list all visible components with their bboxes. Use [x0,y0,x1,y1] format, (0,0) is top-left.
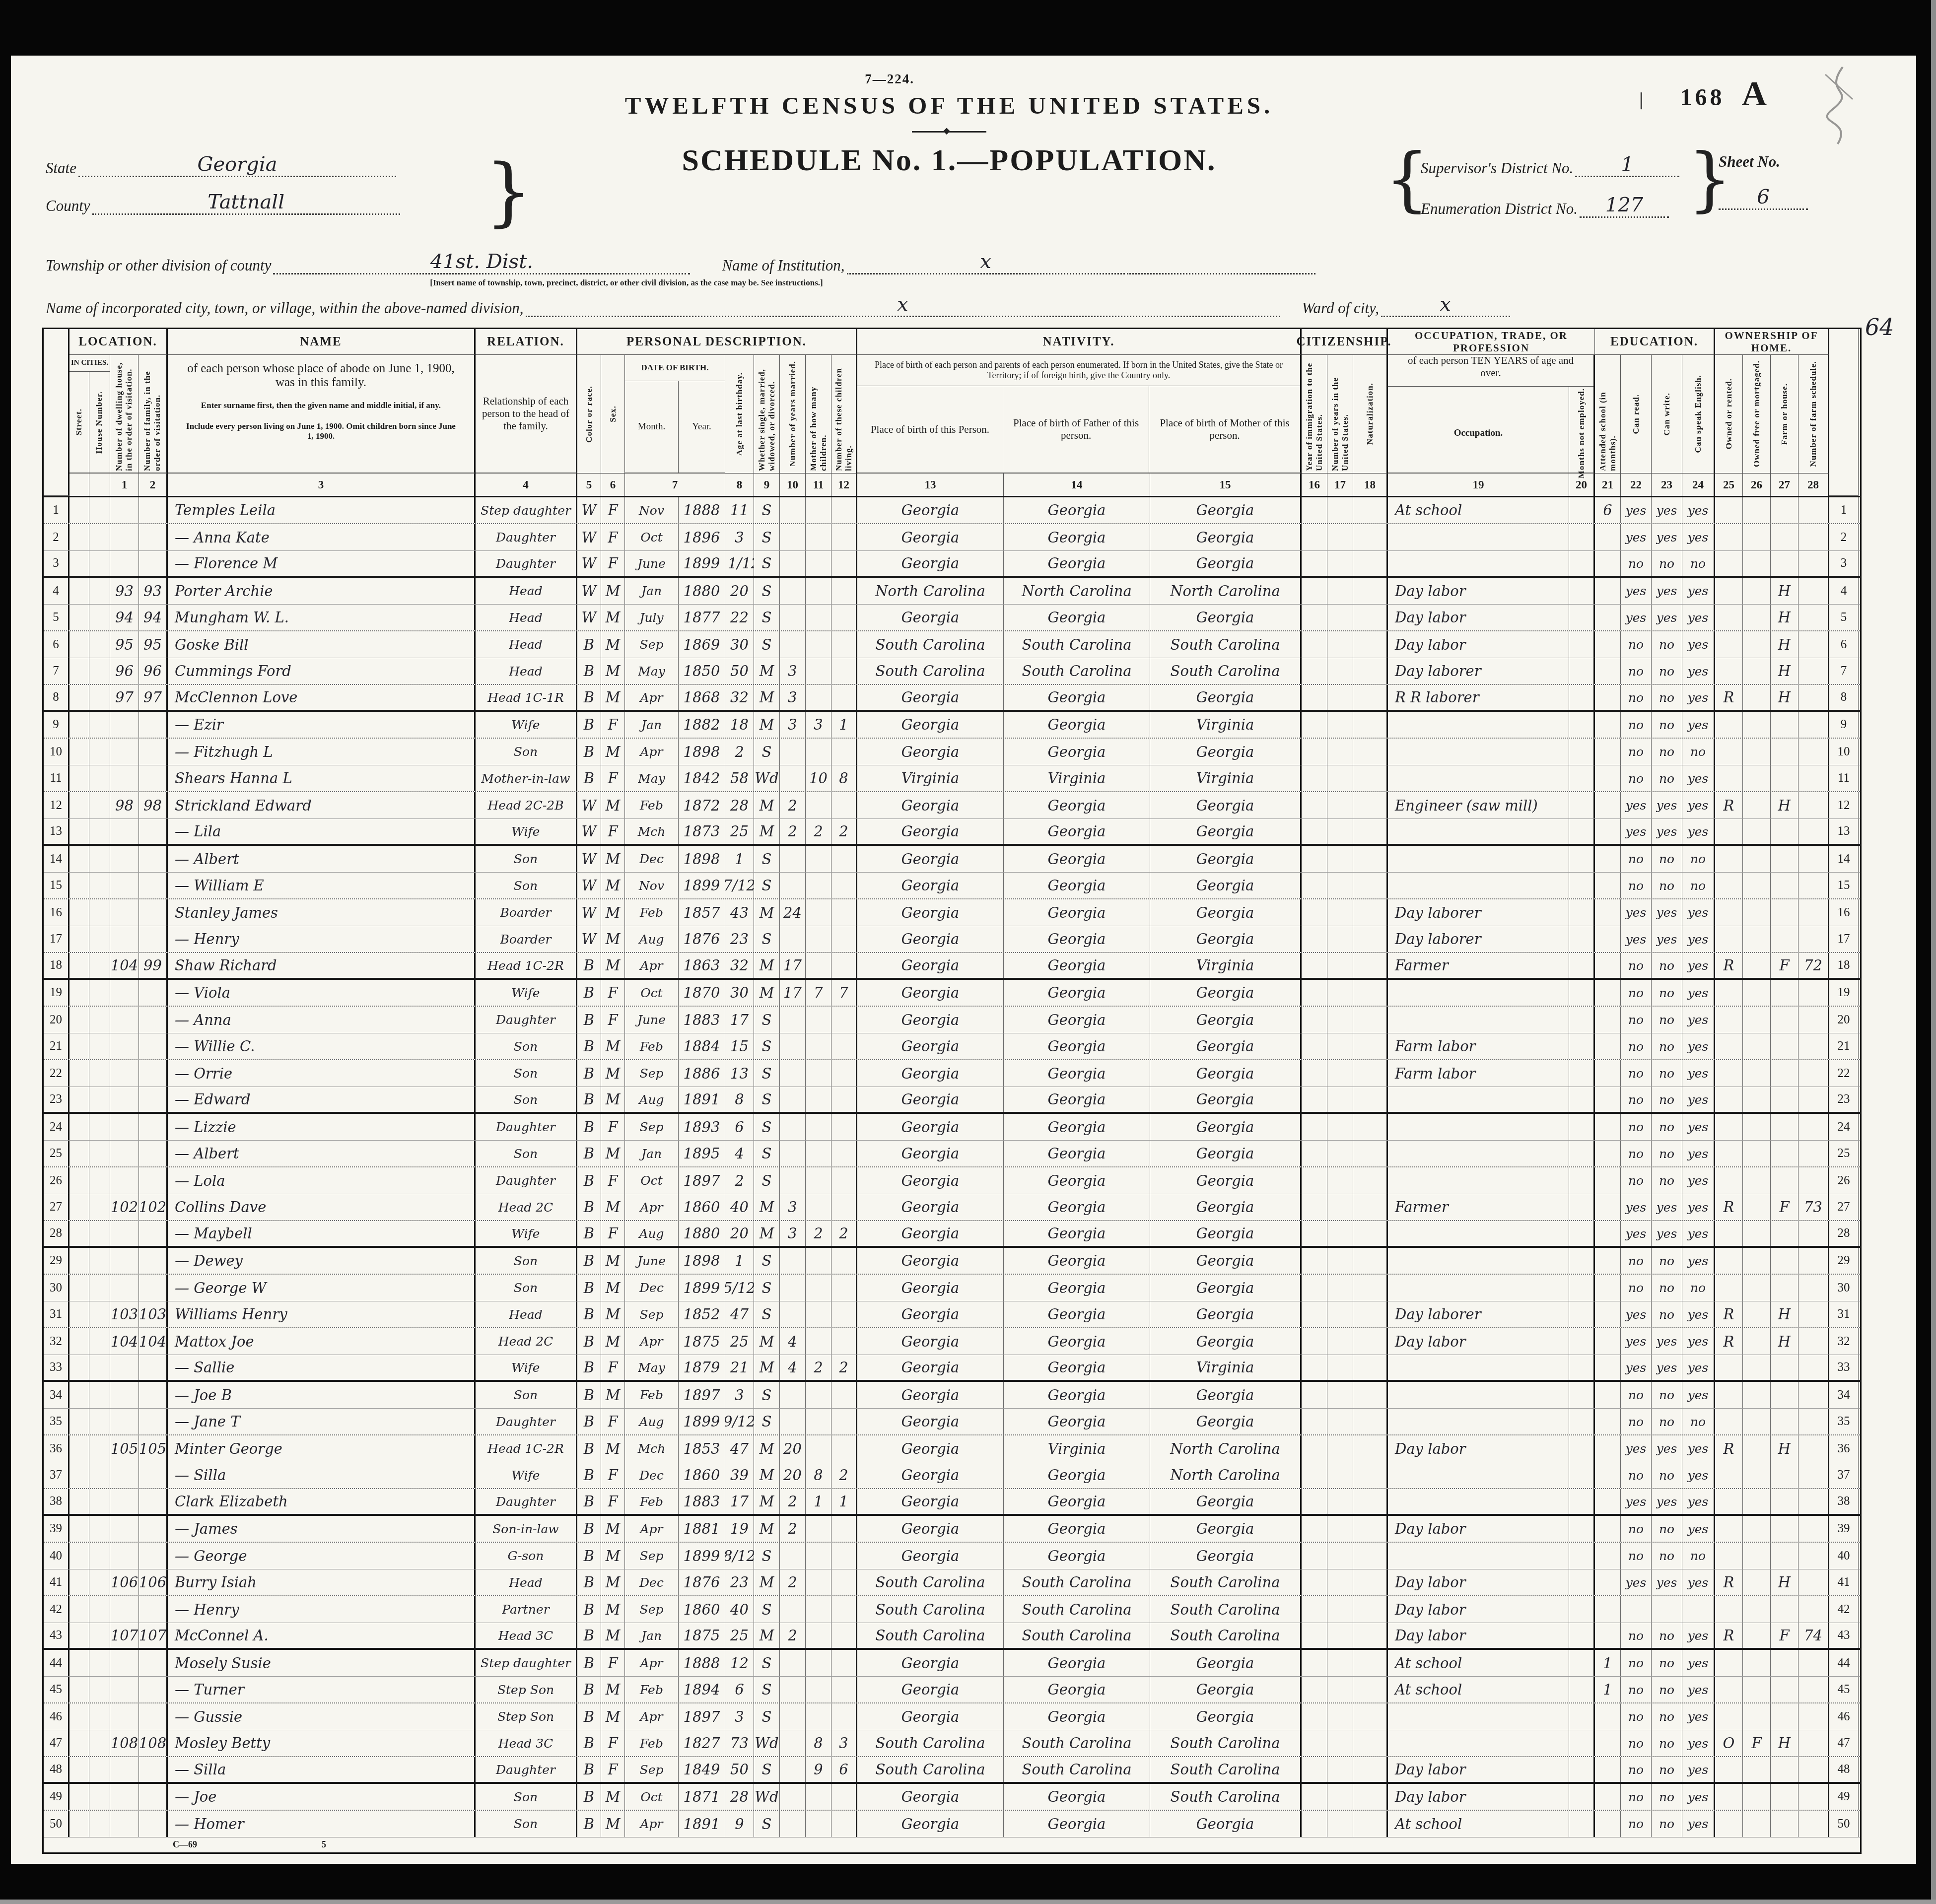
cell-s: M [601,1141,625,1166]
cell-own [1715,497,1743,523]
cell-m: M [754,1623,780,1648]
cell-p1: Georgia [857,1167,1004,1194]
cell-fh: H [1771,605,1798,630]
cell-rel: Daughter [476,1489,577,1514]
column-header-pd-8: Age at last birthday. [725,355,754,473]
cell-rel: Daughter [476,1007,577,1033]
occupation-sub: of each person TEN YEARS of age and over… [1388,347,1593,387]
cell-fh [1771,1703,1798,1730]
cell-yr: 1898 [679,1248,725,1274]
line-number: 21 [44,1033,69,1059]
cell-d: 108 [110,1730,139,1756]
cell-mu [1569,1730,1595,1756]
cell-occ: Day labor [1388,1328,1569,1355]
cell-ns [1798,1543,1829,1569]
cell-rel: Son [476,1248,577,1274]
cell-age: 18 [725,712,754,738]
cell-p1: Virginia [857,765,1004,791]
dob-title: DATE OF BIRTH. [625,355,725,381]
cell-d [110,739,139,765]
group-education: EDUCATION. [1595,329,1715,355]
cell-m: S [754,1007,780,1033]
line-number: 33 [1829,1355,1859,1380]
cell-own [1715,1248,1743,1274]
table-row: 9— EzirWifeBFJan188218M331GeorgiaGeorgia… [44,712,1860,739]
cell-f [139,1275,168,1301]
cell-ym [780,873,806,898]
cell-cl: 3 [831,1730,857,1756]
cell-p2: Georgia [1004,1409,1150,1434]
cell-p1: Georgia [857,1221,1004,1246]
cell-mc [806,1114,831,1140]
cell-st [69,524,89,550]
cell-im [1302,1007,1327,1033]
cell-rd: yes [1621,1328,1652,1355]
cell-mo: Oct [625,1167,679,1194]
cell-nat [1353,1569,1388,1595]
line-number: 44 [1829,1650,1859,1676]
cell-f: 106 [139,1569,168,1595]
cell-nat [1353,685,1388,710]
table-body: 1Temples LeilaStep daughterWFNov188811SG… [44,497,1860,1837]
cell-yu [1327,1489,1353,1514]
cell-mo: Mch [625,1435,679,1462]
line-number: 4 [1829,578,1859,604]
cell-name: — Edward [168,1087,476,1112]
cell-own [1715,1462,1743,1488]
cell-fm [1743,792,1771,818]
cell-rd: no [1621,1087,1652,1112]
table-row: 42— HenryPartnerBMSep186040SSouth Caroli… [44,1596,1860,1623]
cell-st [69,1033,89,1059]
cell-en: yes [1682,819,1715,844]
cell-cl: 6 [831,1757,857,1782]
cell-sch [1595,1301,1621,1327]
cell-age: 40 [725,1596,754,1623]
county-field: County Tattnall [46,191,400,215]
cell-f [139,1060,168,1087]
cell-age: 25 [725,1623,754,1648]
cell-st [69,980,89,1006]
cell-st [69,1141,89,1166]
cell-yr: 1827 [679,1730,725,1756]
cell-f [139,1087,168,1112]
cell-yu [1327,1757,1353,1782]
cell-own [1715,739,1743,765]
table-row: 23— EdwardSonBMAug18918SGeorgiaGeorgiaGe… [44,1087,1860,1114]
cell-cl [831,1569,857,1595]
cell-p2: Georgia [1004,1033,1150,1059]
line-number: 9 [1829,712,1859,738]
line-number: 37 [44,1462,69,1488]
cell-p2: Georgia [1004,1703,1150,1730]
cell-im [1302,1141,1327,1166]
cell-p3: South Carolina [1150,631,1302,658]
cell-nat [1353,846,1388,872]
table-footer: C—69 5 [44,1837,1860,1852]
cell-p1: Georgia [857,1462,1004,1488]
line-number: 29 [44,1248,69,1274]
cell-age: 50 [725,658,754,684]
cell-m: M [754,819,780,844]
cell-ym [780,1060,806,1087]
cell-p2: Georgia [1004,980,1150,1006]
cell-hn [89,1462,110,1488]
cell-st [69,899,89,926]
cell-occ [1388,873,1569,898]
cell-nat [1353,1087,1388,1112]
column-label: Owned or rented. [1724,378,1734,449]
cell-mc [806,1087,831,1112]
cell-rd: no [1621,1167,1652,1194]
cell-c: B [577,1141,601,1166]
cell-p1: South Carolina [857,658,1004,684]
cell-age: 25 [725,1328,754,1355]
footer-col-number: 5 [322,1839,326,1850]
cell-d [110,899,139,926]
cell-p2: Georgia [1004,1328,1150,1355]
township-label: Township or other division of county [46,257,271,274]
cell-rd: no [1621,1060,1652,1087]
cell-f: 105 [139,1435,168,1462]
cell-yu [1327,1623,1353,1648]
dob-month: Month. [625,381,679,473]
table-row: 29— DeweySonBMJune18981SGeorgiaGeorgiaGe… [44,1248,1860,1275]
cell-ns [1798,605,1829,630]
cell-c: B [577,1811,601,1837]
cell-s: M [601,953,625,978]
cell-p3: North Carolina [1150,1462,1302,1488]
cell-cl [831,578,857,604]
cell-hn [89,685,110,710]
cell-occ [1388,1355,1569,1380]
cell-ns [1798,1382,1829,1408]
cell-age: 1 [725,846,754,872]
cell-m: M [754,1569,780,1595]
cell-p3: Georgia [1150,1301,1302,1327]
cell-p3: Georgia [1150,1703,1302,1730]
county-label: County [46,197,90,214]
cell-age: 19 [725,1516,754,1542]
cell-wr: no [1652,1060,1682,1087]
cell-age: 21 [725,1355,754,1380]
cell-own: O [1715,1730,1743,1756]
cell-ns [1798,497,1829,523]
cell-st [69,1167,89,1194]
cell-s: F [601,1167,625,1194]
table-row: 27102102Collins DaveHead 2CBMApr186040M3… [44,1194,1860,1221]
cell-own [1715,1382,1743,1408]
cell-own [1715,658,1743,684]
cell-wr: no [1652,1543,1682,1569]
cell-nat [1353,1757,1388,1782]
cell-sch [1595,1596,1621,1623]
cell-fm [1743,1248,1771,1274]
cell-ns [1798,1409,1829,1434]
cell-f [139,819,168,844]
cell-st [69,1516,89,1542]
line-number: 25 [44,1141,69,1166]
cell-ym [780,605,806,630]
cell-fm [1743,1462,1771,1488]
column-header-own-25: Owned or rented. [1715,355,1743,473]
cell-rd: no [1621,1141,1652,1166]
cell-p2: Georgia [1004,846,1150,872]
cell-occ: Day labor [1388,1623,1569,1648]
cell-rd: no [1621,685,1652,710]
cell-rel: Head [476,658,577,684]
cell-mu [1569,1007,1595,1033]
cell-age: 32 [725,953,754,978]
cell-sch: 6 [1595,497,1621,523]
cell-hn [89,926,110,952]
cell-c: B [577,953,601,978]
cell-ns [1798,819,1829,844]
table-row: 129898Strickland EdwardHead 2C-2BWMFeb18… [44,792,1860,819]
cell-en [1682,1596,1715,1623]
column-label: Months not employed. [1577,388,1587,478]
cell-occ [1388,551,1569,576]
cell-st [69,1569,89,1595]
cell-s: F [601,1650,625,1676]
cell-fh [1771,1248,1798,1274]
cell-p1: Georgia [857,1328,1004,1355]
line-number: 45 [44,1677,69,1702]
cell-p1: Georgia [857,953,1004,978]
cell-wr: no [1652,551,1682,576]
cell-im [1302,1301,1327,1327]
cell-yu [1327,1596,1353,1623]
cell-sch [1595,712,1621,738]
cell-f: 102 [139,1194,168,1220]
cell-d [110,1060,139,1087]
cell-age: 8/12 [725,1543,754,1569]
cell-fh [1771,497,1798,523]
cell-st [69,685,89,710]
cell-f [139,926,168,952]
cell-nat [1353,1275,1388,1301]
cell-ns [1798,873,1829,898]
cell-yu [1327,497,1353,523]
table-row: 17— HenryBoarderWMAug187623SGeorgiaGeorg… [44,926,1860,953]
column-header-family-number: Number of family, in the order of visita… [138,355,166,473]
cell-age: 13 [725,1060,754,1087]
cell-mu [1569,953,1595,978]
cell-occ: R R laborer [1388,685,1569,710]
column-number: 17 [1327,473,1353,496]
cell-sch [1595,685,1621,710]
cell-fm [1743,1275,1771,1301]
table-row: 37— SillaWifeBFDec186039M2082GeorgiaGeor… [44,1462,1860,1489]
cell-mo: Jan [625,1623,679,1648]
cell-rd: no [1621,1784,1652,1810]
cell-nat [1353,1221,1388,1246]
cell-nat [1353,1730,1388,1756]
cell-m: S [754,605,780,630]
cell-c: B [577,1435,601,1462]
cell-yu [1327,1409,1353,1434]
cell-im [1302,658,1327,684]
cell-yr: 1857 [679,899,725,926]
cell-rd: no [1621,846,1652,872]
cell-occ [1388,712,1569,738]
cell-p2: Virginia [1004,1435,1150,1462]
cell-s: M [601,1382,625,1408]
cell-cl: 1 [831,1489,857,1514]
cell-p1: Georgia [857,712,1004,738]
cell-fm [1743,980,1771,1006]
cell-f: 99 [139,953,168,978]
line-number: 12 [1829,792,1859,818]
cell-yr: 1891 [679,1087,725,1112]
cell-st [69,1007,89,1033]
cell-p2: Georgia [1004,899,1150,926]
cell-s: M [601,1543,625,1569]
cell-d: 107 [110,1623,139,1648]
cell-d: 97 [110,685,139,710]
line-number: 15 [1829,873,1859,898]
cell-p2: Georgia [1004,739,1150,765]
cell-own [1715,765,1743,791]
cell-sch [1595,1435,1621,1462]
cell-fh: F [1771,1194,1798,1220]
cell-hn [89,1301,110,1327]
cell-d [110,524,139,550]
cell-s: F [601,980,625,1006]
cell-occ [1388,1167,1569,1194]
cell-age: 9/12 [725,1409,754,1434]
cell-d [110,1167,139,1194]
cell-m: M [754,712,780,738]
cell-nat [1353,551,1388,576]
cell-p3: Virginia [1150,765,1302,791]
cell-mu [1569,1569,1595,1595]
cell-mo: Aug [625,1221,679,1246]
cell-yr: 1849 [679,1757,725,1782]
cell-sch [1595,1328,1621,1355]
cell-own [1715,1167,1743,1194]
cell-yu [1327,1248,1353,1274]
cell-p1: Georgia [857,1194,1004,1220]
cell-im [1302,1623,1327,1648]
cell-rd: no [1621,1114,1652,1140]
cell-m: S [754,1382,780,1408]
cell-en: yes [1682,658,1715,684]
cell-cl [831,1435,857,1462]
cell-occ [1388,739,1569,765]
cell-m: Wd [754,765,780,791]
cell-cl [831,792,857,818]
cell-rel: Head 3C [476,1730,577,1756]
cell-yu [1327,1194,1353,1220]
cell-mc [806,1060,831,1087]
cell-rel: Daughter [476,524,577,550]
cell-own [1715,1677,1743,1702]
cell-d [110,1382,139,1408]
cell-st [69,953,89,978]
cell-own [1715,1650,1743,1676]
cell-fh [1771,1650,1798,1676]
cell-p3: Georgia [1150,1328,1302,1355]
cell-wr: no [1652,1409,1682,1434]
cell-st [69,873,89,898]
cell-m: M [754,980,780,1006]
supervisor-field: Supervisor's District No. 1 [1421,153,1679,177]
cell-mu [1569,1248,1595,1274]
cell-age: 28 [725,1784,754,1810]
cell-m: S [754,1114,780,1140]
cell-p3: Georgia [1150,1650,1302,1676]
cell-ym [780,1382,806,1408]
cell-p3: Georgia [1150,685,1302,710]
line-number: 33 [44,1355,69,1380]
cell-rd: no [1621,1409,1652,1434]
line-number: 50 [1829,1811,1859,1837]
cell-occ: Farmer [1388,953,1569,978]
cell-p2: Virginia [1004,765,1150,791]
cell-own [1715,846,1743,872]
cell-mo: Oct [625,980,679,1006]
cell-mu [1569,1811,1595,1837]
cell-mu [1569,1489,1595,1514]
line-number: 30 [44,1275,69,1301]
cell-mo: Sep [625,631,679,658]
cell-mc [806,578,831,604]
cell-occ: Day labor [1388,1784,1569,1810]
cell-mc [806,551,831,576]
cell-wr: no [1652,685,1682,710]
cell-fh [1771,1462,1798,1488]
cell-en: yes [1682,1328,1715,1355]
table-row: 10— Fitzhugh LSonBMApr18982SGeorgiaGeorg… [44,739,1860,765]
cell-fh: H [1771,1435,1798,1462]
cell-p2: Georgia [1004,1221,1150,1246]
cell-sch [1595,1355,1621,1380]
cell-p3: Georgia [1150,899,1302,926]
cell-wr: yes [1652,926,1682,952]
cell-en: yes [1682,1489,1715,1514]
cell-name: — Lila [168,819,476,844]
cell-hn [89,873,110,898]
line-number: 9 [44,712,69,738]
cell-cl: 1 [831,712,857,738]
group-name: NAME [168,329,476,355]
cell-mc [806,1194,831,1220]
line-number: 38 [1829,1489,1859,1514]
cell-im [1302,846,1327,872]
cell-p1: Georgia [857,497,1004,523]
cell-yr: 1897 [679,1382,725,1408]
cell-p3: Georgia [1150,846,1302,872]
cell-yr: 1871 [679,1784,725,1810]
cell-mu [1569,1409,1595,1434]
cell-age: 17 [725,1489,754,1514]
cell-m: S [754,1301,780,1327]
cell-m: S [754,1060,780,1087]
cell-yu [1327,1141,1353,1166]
line-number: 27 [44,1194,69,1220]
cell-p3: North Carolina [1150,578,1302,604]
cell-cl [831,1650,857,1676]
cell-mu [1569,1141,1595,1166]
cell-nat [1353,1784,1388,1810]
cell-sch [1595,739,1621,765]
column-label: Mother of how many children. [809,357,828,471]
cell-f: 97 [139,685,168,710]
cell-p2: North Carolina [1004,578,1150,604]
cell-nat [1353,578,1388,604]
cell-occ [1388,980,1569,1006]
